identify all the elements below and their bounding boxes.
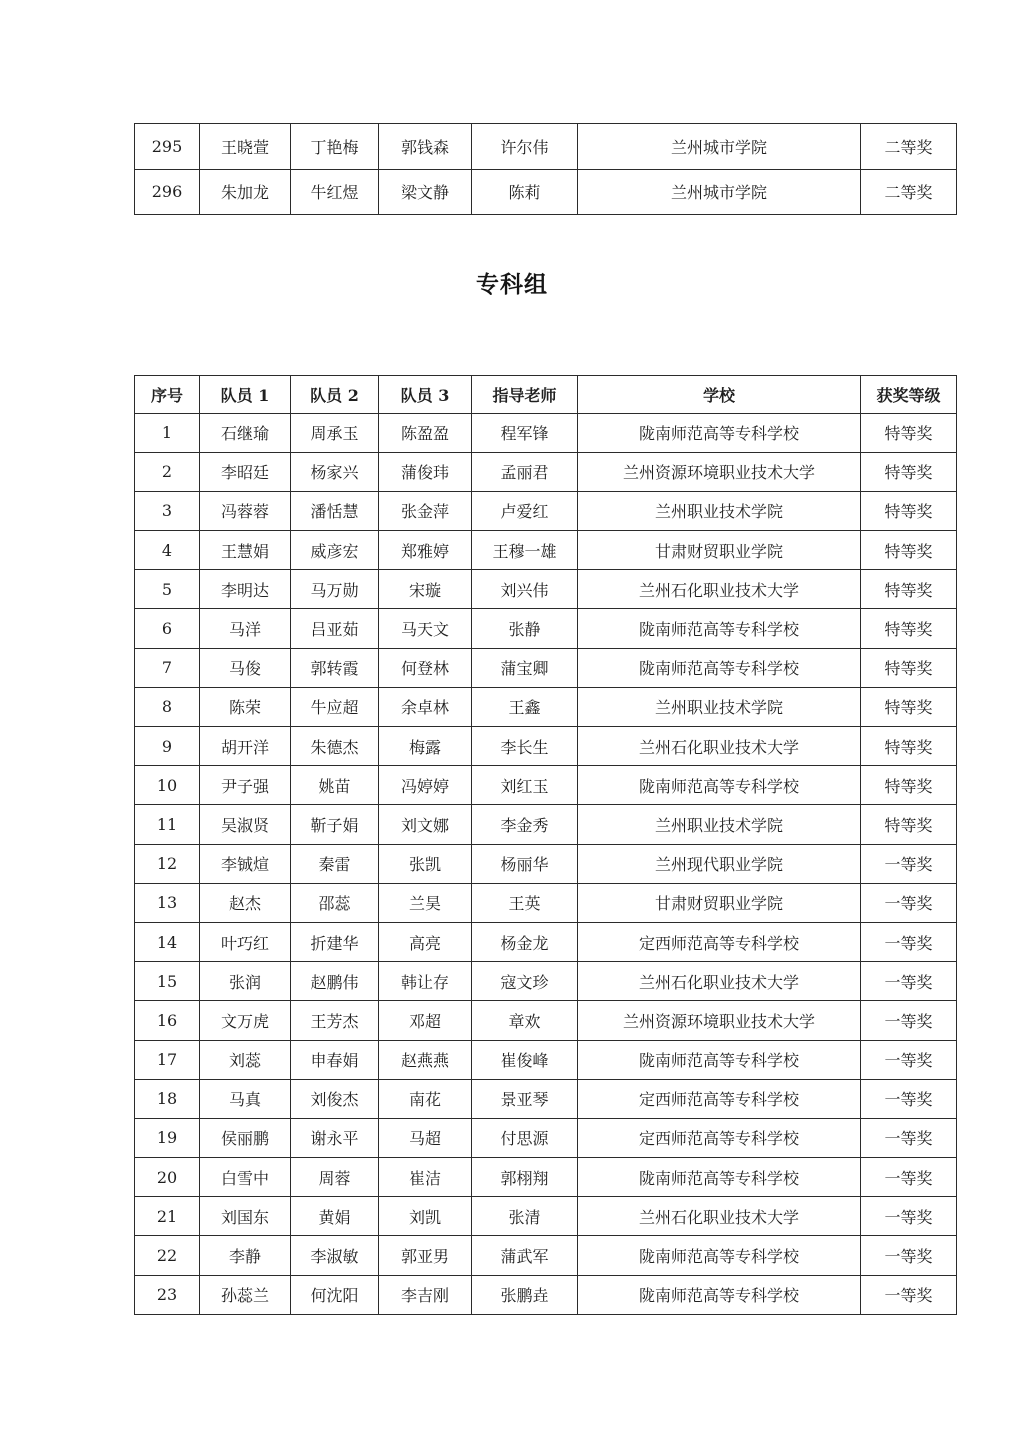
table-cell: 刘蕊 <box>200 1040 291 1079</box>
table-cell: 胡开洋 <box>200 727 291 766</box>
table-cell: 蒲宝卿 <box>472 648 578 687</box>
table-row: 16文万虎王芳杰邓超章欢兰州资源环境职业技术大学一等奖 <box>135 1001 957 1040</box>
table-cell: 19 <box>135 1118 200 1157</box>
table-cell: 兰州职业技术学院 <box>578 491 861 530</box>
table-cell: 一等奖 <box>861 922 957 961</box>
column-header: 序号 <box>135 376 200 414</box>
table-cell: 郭栩翔 <box>472 1158 578 1197</box>
table-cell: 一等奖 <box>861 1158 957 1197</box>
table-cell: 王芳杰 <box>291 1001 379 1040</box>
table-cell: 杨金龙 <box>472 922 578 961</box>
table-cell: 崔俊峰 <box>472 1040 578 1079</box>
table-cell: 黄娟 <box>291 1197 379 1236</box>
table-row: 11吴淑贤靳子娟刘文娜李金秀兰州职业技术学院特等奖 <box>135 805 957 844</box>
table-cell: 一等奖 <box>861 1001 957 1040</box>
table-cell: 一等奖 <box>861 1236 957 1275</box>
table-cell: 陇南师范高等专科学校 <box>578 766 861 805</box>
table-cell: 兰州资源环境职业技术大学 <box>578 452 861 491</box>
table-cell: 22 <box>135 1236 200 1275</box>
column-header: 队员 3 <box>379 376 472 414</box>
table-row: 9胡开洋朱德杰梅露李长生兰州石化职业技术大学特等奖 <box>135 727 957 766</box>
table-cell: 7 <box>135 648 200 687</box>
table-cell: 王慧娟 <box>200 531 291 570</box>
table-cell: 马洋 <box>200 609 291 648</box>
table-cell: 1 <box>135 413 200 452</box>
table-cell: 何登林 <box>379 648 472 687</box>
table-cell: 梁文静 <box>379 169 472 215</box>
table-cell: 李淑敏 <box>291 1236 379 1275</box>
table-cell: 特等奖 <box>861 609 957 648</box>
table-cell: 15 <box>135 962 200 1001</box>
table-cell: 兰州石化职业技术大学 <box>578 962 861 1001</box>
table-cell: 李吉刚 <box>379 1275 472 1314</box>
table-cell: 一等奖 <box>861 1275 957 1314</box>
table-cell: 杨家兴 <box>291 452 379 491</box>
table-cell: 景亚琴 <box>472 1079 578 1118</box>
table-cell: 谢永平 <box>291 1118 379 1157</box>
table-cell: 兰昊 <box>379 883 472 922</box>
table-cell: 付思源 <box>472 1118 578 1157</box>
table-row: 19侯丽鹏谢永平马超付思源定西师范高等专科学校一等奖 <box>135 1118 957 1157</box>
table-cell: 16 <box>135 1001 200 1040</box>
table-cell: 韩让存 <box>379 962 472 1001</box>
table-cell: 马真 <box>200 1079 291 1118</box>
table-cell: 陇南师范高等专科学校 <box>578 1236 861 1275</box>
table-cell: 17 <box>135 1040 200 1079</box>
table-cell: 蒲武军 <box>472 1236 578 1275</box>
column-header: 队员 2 <box>291 376 379 414</box>
table-cell: 刘兴伟 <box>472 570 578 609</box>
table-cell: 李铖煊 <box>200 844 291 883</box>
table-cell: 一等奖 <box>861 883 957 922</box>
table-cell: 牛应超 <box>291 687 379 726</box>
table-cell: 兰州石化职业技术大学 <box>578 727 861 766</box>
table-cell: 郑雅婷 <box>379 531 472 570</box>
table-row: 8陈荣牛应超余卓林王鑫兰州职业技术学院特等奖 <box>135 687 957 726</box>
column-header: 获奖等级 <box>861 376 957 414</box>
table-cell: 李长生 <box>472 727 578 766</box>
table-cell: 郭转霞 <box>291 648 379 687</box>
table-cell: 赵燕燕 <box>379 1040 472 1079</box>
table-cell: 卢爱红 <box>472 491 578 530</box>
table-cell: 陇南师范高等专科学校 <box>578 1275 861 1314</box>
table-cell: 朱德杰 <box>291 727 379 766</box>
table-cell: 崔洁 <box>379 1158 472 1197</box>
table-cell: 特等奖 <box>861 491 957 530</box>
table-cell: 刘红玉 <box>472 766 578 805</box>
table-cell: 丁艳梅 <box>291 124 379 170</box>
table-cell: 一等奖 <box>861 962 957 1001</box>
table-cell: 特等奖 <box>861 570 957 609</box>
table-cell: 孟丽君 <box>472 452 578 491</box>
table-cell: 白雪中 <box>200 1158 291 1197</box>
table-cell: 兰州资源环境职业技术大学 <box>578 1001 861 1040</box>
table-row: 296朱加龙牛红煜梁文静陈莉兰州城市学院二等奖 <box>135 169 957 215</box>
column-header: 队员 1 <box>200 376 291 414</box>
table-cell: 许尔伟 <box>472 124 578 170</box>
table-row: 21刘国东黄娟刘凯张清兰州石化职业技术大学一等奖 <box>135 1197 957 1236</box>
table-row: 10尹子强姚苗冯婷婷刘红玉陇南师范高等专科学校特等奖 <box>135 766 957 805</box>
header-row: 序号队员 1队员 2队员 3指导老师学校获奖等级 <box>135 376 957 414</box>
table-cell: 兰州职业技术学院 <box>578 805 861 844</box>
table-cell: 牛红煜 <box>291 169 379 215</box>
table-cell: 11 <box>135 805 200 844</box>
table-cell: 吕亚茹 <box>291 609 379 648</box>
document-page: 295王晓萱丁艳梅郭钱森许尔伟兰州城市学院二等奖296朱加龙牛红煜梁文静陈莉兰州… <box>0 0 1024 1448</box>
table-cell: 赵杰 <box>200 883 291 922</box>
table-cell: 兰州城市学院 <box>578 124 861 170</box>
table-cell: 兰州城市学院 <box>578 169 861 215</box>
table-cell: 侯丽鹏 <box>200 1118 291 1157</box>
table-cell: 张鹏垚 <box>472 1275 578 1314</box>
table-cell: 张凯 <box>379 844 472 883</box>
table-cell: 特等奖 <box>861 687 957 726</box>
table-cell: 折建华 <box>291 922 379 961</box>
table-cell: 兰州石化职业技术大学 <box>578 570 861 609</box>
table-cell: 9 <box>135 727 200 766</box>
table-cell: 周蓉 <box>291 1158 379 1197</box>
table-cell: 兰州石化职业技术大学 <box>578 1197 861 1236</box>
table-cell: 甘肃财贸职业学院 <box>578 883 861 922</box>
table-cell: 尹子强 <box>200 766 291 805</box>
table-cell: 一等奖 <box>861 844 957 883</box>
table-cell: 梅露 <box>379 727 472 766</box>
table-cell: 3 <box>135 491 200 530</box>
table-cell: 定西师范高等专科学校 <box>578 1118 861 1157</box>
table-cell: 刘文娜 <box>379 805 472 844</box>
table-cell: 文万虎 <box>200 1001 291 1040</box>
table-row: 295王晓萱丁艳梅郭钱森许尔伟兰州城市学院二等奖 <box>135 124 957 170</box>
table-cell: 石继瑜 <box>200 413 291 452</box>
table-cell: 王英 <box>472 883 578 922</box>
table-cell: 王穆一雄 <box>472 531 578 570</box>
table-cell: 孙蕊兰 <box>200 1275 291 1314</box>
table-cell: 陈荣 <box>200 687 291 726</box>
table-cell: 申春娟 <box>291 1040 379 1079</box>
table-cell: 张润 <box>200 962 291 1001</box>
table-cell: 潘恬慧 <box>291 491 379 530</box>
table-row: 13赵杰邵蕊兰昊王英甘肃财贸职业学院一等奖 <box>135 883 957 922</box>
table-row: 3冯蓉蓉潘恬慧张金萍卢爱红兰州职业技术学院特等奖 <box>135 491 957 530</box>
table-cell: 特等奖 <box>861 413 957 452</box>
table-cell: 靳子娟 <box>291 805 379 844</box>
table-row: 14叶巧红折建华高亮杨金龙定西师范高等专科学校一等奖 <box>135 922 957 961</box>
column-header: 指导老师 <box>472 376 578 414</box>
table-cell: 章欢 <box>472 1001 578 1040</box>
table-cell: 特等奖 <box>861 452 957 491</box>
table-cell: 特等奖 <box>861 727 957 766</box>
table-cell: 2 <box>135 452 200 491</box>
table-cell: 马俊 <box>200 648 291 687</box>
table-cell: 蒲俊玮 <box>379 452 472 491</box>
table-cell: 王鑫 <box>472 687 578 726</box>
table-row: 7马俊郭转霞何登林蒲宝卿陇南师范高等专科学校特等奖 <box>135 648 957 687</box>
table-cell: 秦雷 <box>291 844 379 883</box>
table-cell: 兰州职业技术学院 <box>578 687 861 726</box>
table-cell: 郭亚男 <box>379 1236 472 1275</box>
table-cell: 5 <box>135 570 200 609</box>
table-cell: 张金萍 <box>379 491 472 530</box>
table-row: 12李铖煊秦雷张凯杨丽华兰州现代职业学院一等奖 <box>135 844 957 883</box>
table-cell: 邵蕊 <box>291 883 379 922</box>
table-cell: 刘俊杰 <box>291 1079 379 1118</box>
table-cell: 特等奖 <box>861 805 957 844</box>
table-cell: 张静 <box>472 609 578 648</box>
table-cell: 二等奖 <box>861 124 957 170</box>
table-cell: 吴淑贤 <box>200 805 291 844</box>
table-row: 23孙蕊兰何沈阳李吉刚张鹏垚陇南师范高等专科学校一等奖 <box>135 1275 957 1314</box>
table-cell: 13 <box>135 883 200 922</box>
awards-table: 序号队员 1队员 2队员 3指导老师学校获奖等级1石继瑜周承玉陈盈盈程军锋陇南师… <box>134 375 957 1315</box>
table-cell: 一等奖 <box>861 1118 957 1157</box>
table-cell: 二等奖 <box>861 169 957 215</box>
table-cell: 刘国东 <box>200 1197 291 1236</box>
table-row: 2李昭廷杨家兴蒲俊玮孟丽君兰州资源环境职业技术大学特等奖 <box>135 452 957 491</box>
table-cell: 陈莉 <box>472 169 578 215</box>
table-cell: 张清 <box>472 1197 578 1236</box>
table-cell: 马万勋 <box>291 570 379 609</box>
table-cell: 特等奖 <box>861 531 957 570</box>
table-cell: 叶巧红 <box>200 922 291 961</box>
table-cell: 周承玉 <box>291 413 379 452</box>
column-header: 学校 <box>578 376 861 414</box>
table-cell: 14 <box>135 922 200 961</box>
table-row: 17刘蕊申春娟赵燕燕崔俊峰陇南师范高等专科学校一等奖 <box>135 1040 957 1079</box>
table-cell: 12 <box>135 844 200 883</box>
table-cell: 20 <box>135 1158 200 1197</box>
table-cell: 南花 <box>379 1079 472 1118</box>
table-cell: 李金秀 <box>472 805 578 844</box>
table-row: 1石继瑜周承玉陈盈盈程军锋陇南师范高等专科学校特等奖 <box>135 413 957 452</box>
table-cell: 陇南师范高等专科学校 <box>578 1040 861 1079</box>
table-cell: 朱加龙 <box>200 169 291 215</box>
table-cell: 冯蓉蓉 <box>200 491 291 530</box>
table-cell: 295 <box>135 124 200 170</box>
table-cell: 陇南师范高等专科学校 <box>578 413 861 452</box>
continuation-table: 295王晓萱丁艳梅郭钱森许尔伟兰州城市学院二等奖296朱加龙牛红煜梁文静陈莉兰州… <box>134 123 957 215</box>
table-cell: 一等奖 <box>861 1197 957 1236</box>
table-cell: 陈盈盈 <box>379 413 472 452</box>
table-cell: 王晓萱 <box>200 124 291 170</box>
table-cell: 李昭廷 <box>200 452 291 491</box>
table-row: 5李明达马万勋宋璇刘兴伟兰州石化职业技术大学特等奖 <box>135 570 957 609</box>
table-cell: 特等奖 <box>861 766 957 805</box>
table-cell: 宋璇 <box>379 570 472 609</box>
table-cell: 23 <box>135 1275 200 1314</box>
table-cell: 陇南师范高等专科学校 <box>578 609 861 648</box>
section-heading: 专科组 <box>0 270 1024 300</box>
table-cell: 296 <box>135 169 200 215</box>
table-cell: 杨丽华 <box>472 844 578 883</box>
table-cell: 寇文珍 <box>472 962 578 1001</box>
table-row: 22李静李淑敏郭亚男蒲武军陇南师范高等专科学校一等奖 <box>135 1236 957 1275</box>
table-cell: 陇南师范高等专科学校 <box>578 648 861 687</box>
table-cell: 10 <box>135 766 200 805</box>
table-cell: 高亮 <box>379 922 472 961</box>
table-cell: 赵鹏伟 <box>291 962 379 1001</box>
table-cell: 定西师范高等专科学校 <box>578 922 861 961</box>
table-row: 15张润赵鹏伟韩让存寇文珍兰州石化职业技术大学一等奖 <box>135 962 957 1001</box>
table-cell: 程军锋 <box>472 413 578 452</box>
table-cell: 威彦宏 <box>291 531 379 570</box>
table-cell: 甘肃财贸职业学院 <box>578 531 861 570</box>
table-cell: 21 <box>135 1197 200 1236</box>
table-cell: 6 <box>135 609 200 648</box>
table-cell: 李明达 <box>200 570 291 609</box>
table-cell: 何沈阳 <box>291 1275 379 1314</box>
table-cell: 4 <box>135 531 200 570</box>
table-cell: 马天文 <box>379 609 472 648</box>
table-cell: 余卓林 <box>379 687 472 726</box>
table-cell: 陇南师范高等专科学校 <box>578 1158 861 1197</box>
table-cell: 兰州现代职业学院 <box>578 844 861 883</box>
table-cell: 刘凯 <box>379 1197 472 1236</box>
table-row: 18马真刘俊杰南花景亚琴定西师范高等专科学校一等奖 <box>135 1079 957 1118</box>
table-cell: 马超 <box>379 1118 472 1157</box>
table-row: 20白雪中周蓉崔洁郭栩翔陇南师范高等专科学校一等奖 <box>135 1158 957 1197</box>
table-cell: 定西师范高等专科学校 <box>578 1079 861 1118</box>
table-cell: 8 <box>135 687 200 726</box>
table-row: 6马洋吕亚茹马天文张静陇南师范高等专科学校特等奖 <box>135 609 957 648</box>
table-cell: 一等奖 <box>861 1079 957 1118</box>
table-cell: 郭钱森 <box>379 124 472 170</box>
table-cell: 18 <box>135 1079 200 1118</box>
table-cell: 邓超 <box>379 1001 472 1040</box>
table-cell: 特等奖 <box>861 648 957 687</box>
table-row: 4王慧娟威彦宏郑雅婷王穆一雄甘肃财贸职业学院特等奖 <box>135 531 957 570</box>
table-cell: 姚苗 <box>291 766 379 805</box>
table-cell: 冯婷婷 <box>379 766 472 805</box>
table-cell: 一等奖 <box>861 1040 957 1079</box>
table-cell: 李静 <box>200 1236 291 1275</box>
